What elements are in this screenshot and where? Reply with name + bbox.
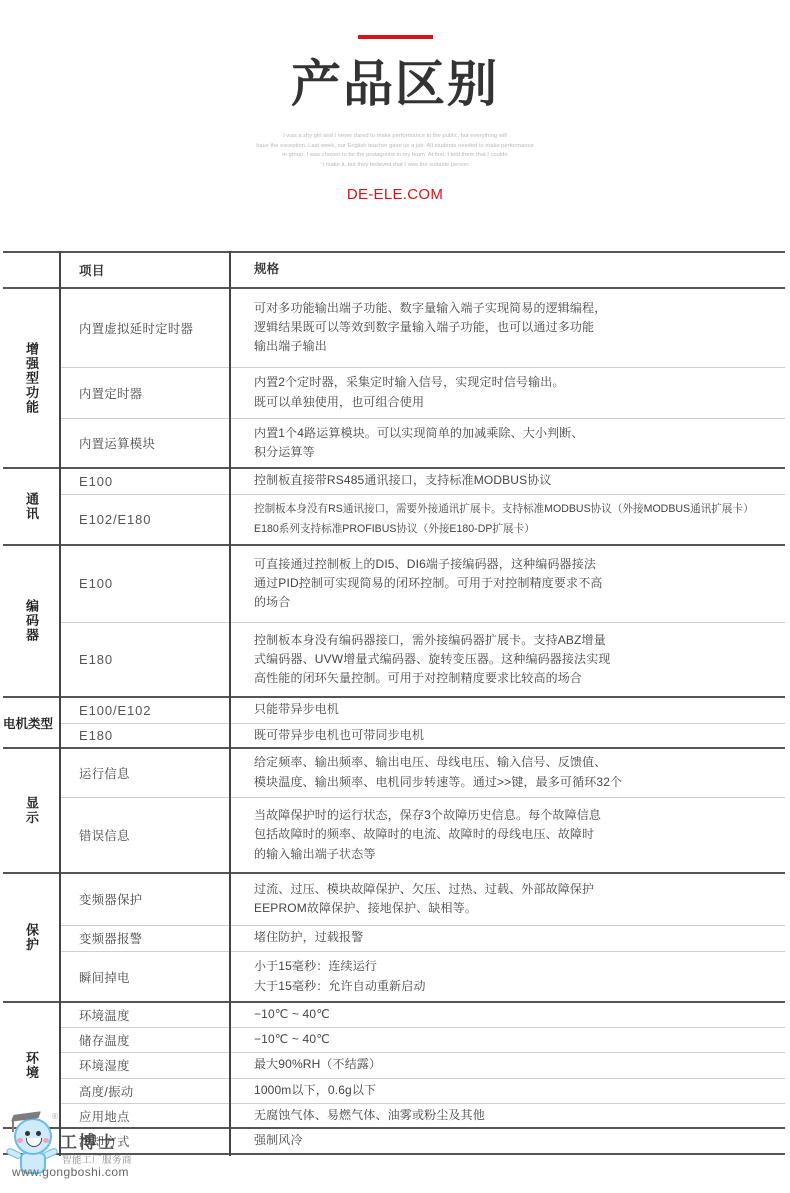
spec-line: E180系列支持标准PROFIBUS协议（外接E180-DP扩展卡）: [254, 520, 785, 539]
spec-line: 的场合: [254, 593, 785, 612]
spec-line: 过流、过压、模块故障保护、欠压、过热、过载、外部故障保护: [254, 880, 785, 899]
row-item: 瞬间掉电: [61, 951, 229, 1002]
row-spec: 当故障保护时的运行状态，保存3个故障历史信息。每个故障信息 包括故障时的频率、故…: [231, 797, 785, 873]
spec-line: −10℃ ~ 40℃: [254, 1030, 785, 1049]
spec-line: 控制板直接带RS485通讯接口，支持标准MODBUS协议: [254, 471, 785, 490]
row-spec: 可对多功能输出端子功能、数字量输入端子实现简易的逻辑编程， 逻辑结果既可以等效到…: [231, 288, 785, 367]
intro-line: in group. I was chosen to be the protago…: [0, 151, 790, 161]
group-label-enhanced-functions: 增强型功能: [3, 288, 59, 468]
group-label-communication: 通讯: [3, 468, 59, 545]
row-item: E100/E102: [61, 697, 229, 723]
row-spec: 最大90%RH（不结露）: [231, 1052, 785, 1078]
row-item: 内置虚拟延时定时器: [61, 288, 229, 367]
spec-line: 既可带异步电机也可带同步电机: [254, 726, 785, 745]
row-spec: 内置1个4路运算模块。可以实现简单的加减乘除、大小判断、 积分运算等: [231, 418, 785, 468]
spec-line: 当故障保护时的运行状态，保存3个故障历史信息。每个故障信息: [254, 806, 785, 825]
spec-line: EEPROM故障保护、接地保护、缺相等。: [254, 899, 785, 918]
group-label-cooling: [3, 1128, 59, 1154]
spec-line: 1000m以下，0.6g以下: [254, 1081, 785, 1100]
spec-line: 内置2个定时器，采集定时输入信号，实现定时信号输出。: [254, 373, 785, 392]
row-spec: 控制板本身没有RS通讯接口，需要外接通讯扩展卡。支持标准MODBUS协议（外接M…: [231, 494, 785, 545]
row-spec: 强制风冷: [231, 1128, 785, 1154]
group-label-text: 编码器: [24, 599, 38, 643]
spec-line: 包括故障时的频率、故障时的电流、故障时的母线电压、故障时: [254, 825, 785, 844]
spec-line: 控制板本身没有RS通讯接口，需要外接通讯扩展卡。支持标准MODBUS协议（外接M…: [254, 500, 785, 519]
spec-line: −10℃ ~ 40℃: [254, 1005, 785, 1024]
group-label-text: 增强型功能: [24, 342, 38, 415]
spec-line: 既可以单独使用，也可组合使用: [254, 393, 785, 412]
row-item: 环境湿度: [61, 1052, 229, 1078]
spec-line: 积分运算等: [254, 443, 785, 462]
column-header-spec-label: 规格: [254, 260, 785, 279]
row-item: 应用地点: [61, 1103, 229, 1128]
row-spec: 内置2个定时器，采集定时输入信号，实现定时信号输出。 既可以单独使用，也可组合使…: [231, 367, 785, 418]
spec-line: 逻辑结果既可以等效到数字量输入端子功能，也可以通过多功能: [254, 318, 785, 337]
group-label-display: 显示: [3, 748, 59, 873]
accent-bar: [358, 35, 433, 39]
row-spec: 1000m以下，0.6g以下: [231, 1078, 785, 1103]
row-item: 高度/振动: [61, 1078, 229, 1103]
row-spec: 可直接通过控制板上的DI5、DI6端子接编码器，这种编码器接法 通过PID控制可…: [231, 545, 785, 622]
row-spec: 堵住防护，过载报警: [231, 925, 785, 951]
row-spec: 只能带异步电机: [231, 697, 785, 723]
watermark-url: www.gongboshi.com: [12, 1165, 129, 1179]
row-item: 变频器报警: [61, 925, 229, 951]
spec-line: 控制板本身没有编码器接口，需外接编码器扩展卡。支持ABZ增量: [254, 631, 785, 650]
spec-line: 只能带异步电机: [254, 700, 785, 719]
row-spec: 控制板本身没有编码器接口，需外接编码器扩展卡。支持ABZ增量 式编码器、UVW增…: [231, 622, 785, 697]
row-spec: 控制板直接带RS485通讯接口，支持标准MODBUS协议: [231, 468, 785, 494]
intro-line: I was a shy girl and I never dared to ma…: [0, 132, 790, 142]
group-label-encoder: 编码器: [3, 545, 59, 697]
spec-line: 可对多功能输出端子功能、数字量输入端子实现简易的逻辑编程，: [254, 299, 785, 318]
group-label-text: 显示: [24, 796, 38, 825]
group-label-motor-type: 电机类型: [3, 697, 59, 748]
row-item: 运行信息: [61, 748, 229, 797]
row-item: E100: [61, 468, 229, 494]
page-title: 产品区别: [0, 54, 790, 114]
spec-line: 最大90%RH（不结露）: [254, 1055, 785, 1074]
column-header-item: 项目: [61, 252, 229, 288]
row-item: 变频器保护: [61, 873, 229, 925]
spec-line: 强制风冷: [254, 1131, 785, 1150]
row-spec: 小于15毫秒：连续运行 大于15毫秒：允许自动重新启动: [231, 951, 785, 1002]
spec-line: 的输入输出端子状态等: [254, 845, 785, 864]
group-label-environment: 环境: [3, 1002, 59, 1128]
group-label-text: 环境: [24, 1051, 38, 1080]
row-spec: 既可带异步电机也可带同步电机: [231, 723, 785, 748]
spec-line: 通过PID控制可实现简易的闭环控制。可用于对控制精度要求不高: [254, 574, 785, 593]
group-label-text: 电机类型: [3, 714, 53, 732]
product-comparison-table: 项目 规格 增强型功能 内置虚拟延时定时器 可对多功能输出端子功能、数字量输入端…: [3, 252, 785, 1156]
row-item: 错误信息: [61, 797, 229, 873]
row-item: E100: [61, 545, 229, 622]
group-label-text: 保护: [24, 923, 38, 952]
spec-line: 输出端子输出: [254, 337, 785, 356]
row-spec: 无腐蚀气体、易燃气体、油雾或粉尘及其他: [231, 1103, 785, 1128]
row-item: 内置定时器: [61, 367, 229, 418]
spec-line: 内置1个4路运算模块。可以实现简单的加减乘除、大小判断、: [254, 424, 785, 443]
row-item: E180: [61, 723, 229, 748]
spec-line: 高性能的闭环矢量控制。可用于对控制精度要求比较高的场合: [254, 669, 785, 688]
group-label-text: 通讯: [24, 492, 38, 521]
row-item: E180: [61, 622, 229, 697]
spec-line: 式编码器、UVW增量式编码器、旋转变压器。这种编码器接法实现: [254, 650, 785, 669]
intro-paragraph: I was a shy girl and I never dared to ma…: [0, 132, 790, 170]
row-item: 环境温度: [61, 1002, 229, 1027]
group-label-protection: 保护: [3, 873, 59, 1002]
spec-line: 堵住防护，过载报警: [254, 928, 785, 947]
row-spec: −10℃ ~ 40℃: [231, 1027, 785, 1052]
spec-line: 给定频率、输出频率、输出电压、母线电压、输入信号、反馈值、: [254, 753, 785, 772]
row-spec: −10℃ ~ 40℃: [231, 1002, 785, 1027]
row-item: 储存温度: [61, 1027, 229, 1052]
spec-line: 大于15毫秒：允许自动重新启动: [254, 977, 785, 996]
spec-line: 可直接通过控制板上的DI5、DI6端子接编码器，这种编码器接法: [254, 555, 785, 574]
site-domain: DE-ELE.COM: [0, 186, 790, 203]
row-spec: 过流、过压、模块故障保护、欠压、过热、过载、外部故障保护 EEPROM故障保护、…: [231, 873, 785, 925]
row-item: 冷却方式: [61, 1128, 229, 1154]
intro-line: have the exception. Last week, our Engli…: [0, 142, 790, 152]
intro-line: ' t make it, but they believed that I wa…: [0, 161, 790, 171]
row-item: E102/E180: [61, 494, 229, 545]
spec-line: 模块温度、输出频率、电机同步转速等。通过>>键，最多可循环32个: [254, 773, 785, 792]
row-spec: 给定频率、输出频率、输出电压、母线电压、输入信号、反馈值、 模块温度、输出频率、…: [231, 748, 785, 797]
spec-line: 小于15毫秒：连续运行: [254, 957, 785, 976]
column-header-spec: 规格: [231, 252, 785, 288]
spec-line: 无腐蚀气体、易燃气体、油雾或粉尘及其他: [254, 1106, 785, 1125]
row-item: 内置运算模块: [61, 418, 229, 468]
